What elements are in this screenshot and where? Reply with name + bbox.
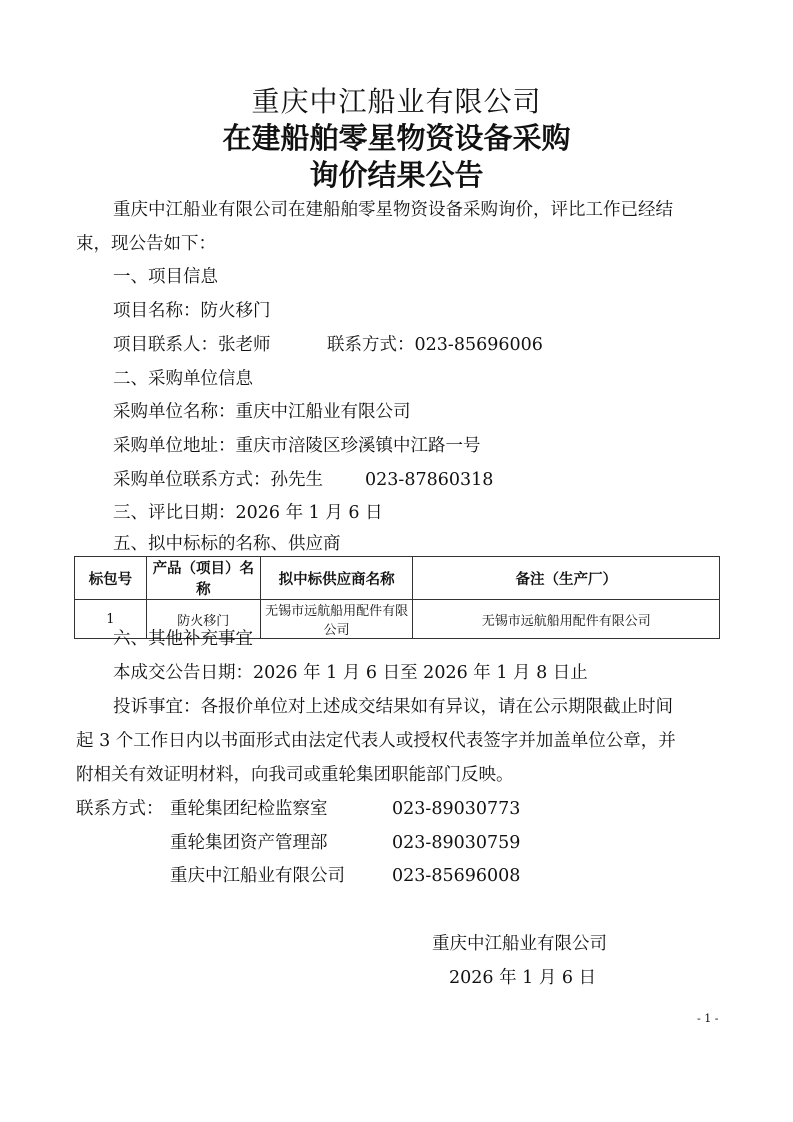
header-package-no: 标包号 [75, 557, 147, 600]
contact-method-label: 联系方式： [327, 335, 415, 355]
header-supplier-name: 拟中标供应商名称 [260, 557, 413, 600]
project-name-label: 项目名称： [113, 301, 201, 321]
contact-phone-3: 023-85696008 [392, 864, 520, 888]
contact-phone: 023-85696006 [415, 335, 543, 355]
project-name-row: 项目名称：防火移门 [113, 299, 271, 323]
unit-address-label: 采购单位地址： [113, 436, 236, 456]
section6-heading: 六、其他补充事宜 [113, 627, 253, 651]
section1-heading: 一、项目信息 [113, 265, 218, 289]
unit-name-label: 采购单位名称： [113, 402, 236, 422]
project-contact-row: 项目联系人：张老师 [113, 333, 271, 357]
unit-contact-label: 采购单位联系方式： [113, 470, 271, 490]
project-contact-method: 联系方式：023-85696006 [327, 333, 543, 357]
signature-company: 重庆中江船业有限公司 [432, 932, 607, 956]
contact-name-3: 重庆中江船业有限公司 [170, 864, 345, 888]
contact-phone-1: 023-89030773 [392, 797, 520, 821]
cell-remark: 无锡市远航船用配件有限公司 [413, 600, 720, 639]
unit-name-value: 重庆中江船业有限公司 [236, 402, 411, 422]
contact-name-2: 重轮集团资产管理部 [170, 831, 328, 855]
header-product-name: 产品（项目）名称 [146, 557, 260, 600]
page-number: - 1 - [697, 1012, 718, 1025]
complaint-line2: 起 3 个工作日内以书面形式由法定代表人或授权代表签字并加盖单位公章，并 [76, 729, 676, 753]
project-name-value: 防火移门 [201, 301, 271, 321]
header-remark: 备注（生产厂） [413, 557, 720, 600]
project-contact-label: 项目联系人： [113, 335, 218, 355]
contacts-label: 联系方式： [76, 797, 164, 821]
cell-supplier-name: 无锡市远航船用配件有限公司 [260, 600, 413, 639]
announcement-title-line3: 询价结果公告 [0, 153, 793, 194]
contact-name-1: 重轮集团纪检监察室 [170, 797, 328, 821]
complaint-line1: 投诉事宜：各报价单位对上述成交结果如有异议，请在公示期限截止时间 [113, 695, 673, 719]
unit-address-value: 重庆市涪陵区珍溪镇中江路一号 [236, 436, 481, 456]
complaint-line3: 附相关有效证明材料，向我司或重轮集团职能部门反映。 [76, 763, 514, 787]
unit-contact-person: 孙先生 [271, 470, 324, 490]
announce-period: 本成交公告日期：2026 年 1 月 6 日至 2026 年 1 月 8 日止 [113, 661, 588, 685]
unit-name-row: 采购单位名称：重庆中江船业有限公司 [113, 400, 411, 424]
intro-line1: 重庆中江船业有限公司在建船舶零星物资设备采购询价，评比工作已经结 [113, 198, 673, 222]
unit-contact-row: 采购单位联系方式：孙先生 [113, 468, 323, 492]
company-title: 重庆中江船业有限公司 [0, 80, 793, 120]
contact-phone-2: 023-89030759 [392, 831, 520, 855]
table-header-row: 标包号 产品（项目）名称 拟中标供应商名称 备注（生产厂） [75, 557, 720, 600]
project-contact-person: 张老师 [218, 335, 271, 355]
section5-heading: 五、拟中标标的名称、供应商 [113, 532, 341, 556]
section3-heading: 三、评比日期：2026 年 1 月 6 日 [113, 501, 383, 525]
intro-line2: 束，现公告如下： [76, 232, 216, 256]
announcement-title-line2: 在建船舶零星物资设备采购 [0, 116, 793, 157]
signature-date: 2026 年 1 月 6 日 [449, 966, 596, 990]
unit-address-row: 采购单位地址：重庆市涪陵区珍溪镇中江路一号 [113, 434, 481, 458]
unit-contact-phone: 023-87860318 [365, 468, 493, 492]
section2-heading: 二、采购单位信息 [113, 367, 253, 391]
